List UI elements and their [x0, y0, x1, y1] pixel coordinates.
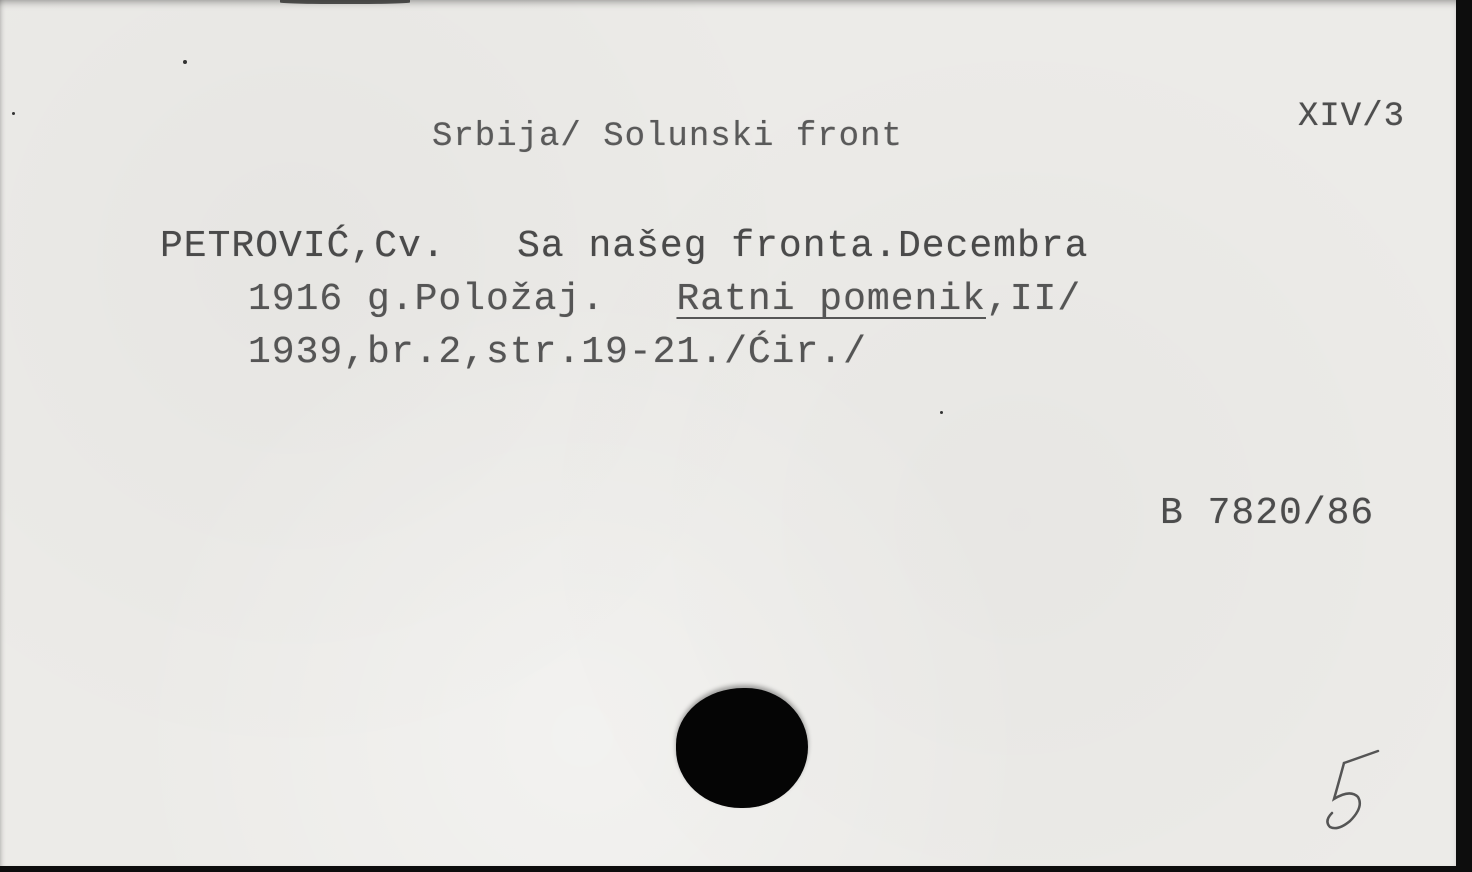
- speck: [12, 112, 15, 115]
- subject-heading: Srbija/ Solunski front: [432, 118, 903, 156]
- volume: ,II/: [986, 278, 1081, 321]
- entry-line-3: 1939,br.2,str.19-21./Ćir./: [248, 331, 867, 374]
- source-title: Ratni pomenik: [676, 278, 985, 321]
- scan-shadow: [280, 0, 410, 4]
- call-number: XIV/3: [1298, 98, 1405, 136]
- author: PETROVIĆ,Cv.: [160, 225, 446, 268]
- issue-pages: 1939,br.2,str.19-21.: [248, 331, 724, 374]
- entry-line-2: 1916 g.Položaj. Ratni pomenik,II/: [248, 278, 1081, 321]
- entry-line-1: PETROVIĆ,Cv. Sa našeg fronta.Decembra: [160, 225, 1088, 268]
- punch-hole: [676, 688, 808, 808]
- scan-border-right: [1456, 0, 1472, 872]
- speck: [940, 411, 943, 414]
- date-and-title-cont: 1916 g.Položaj.: [248, 278, 605, 321]
- catalog-card: Srbija/ Solunski front XIV/3 PETROVIĆ,Cv…: [0, 0, 1456, 866]
- accession-number: B 7820/86: [1160, 492, 1374, 535]
- handwritten-number-5: 5: [1318, 745, 1398, 835]
- article-title: Sa našeg fronta.Decembra: [517, 225, 1088, 268]
- scan-border-bottom: [0, 866, 1472, 872]
- speck: [183, 60, 187, 64]
- script-note: /Ćir./: [724, 331, 867, 374]
